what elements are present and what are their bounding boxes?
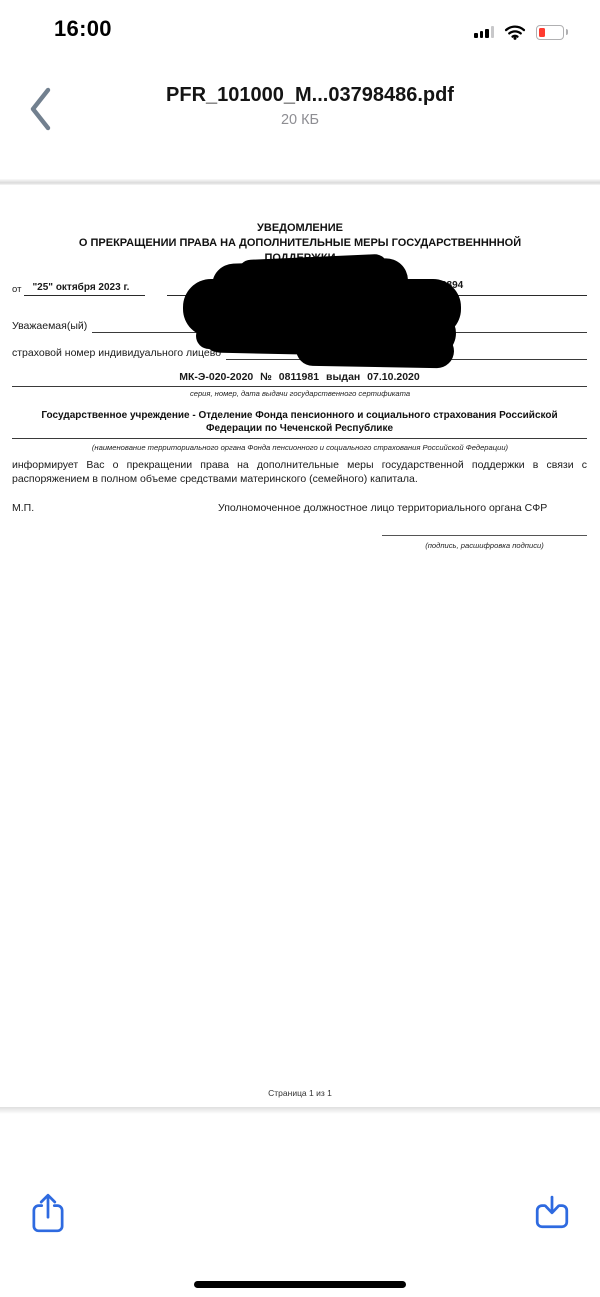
battery-icon bbox=[536, 25, 564, 40]
org-name: Государственное учреждение - Отделение Ф… bbox=[12, 409, 587, 439]
wifi-icon bbox=[504, 24, 526, 40]
from-date-line: от "25" октября 2023 г. bbox=[12, 279, 587, 296]
home-indicator[interactable] bbox=[194, 1281, 406, 1288]
document-title-line1: УВЕДОМЛЕНИЕ bbox=[27, 221, 573, 236]
status-icons bbox=[474, 23, 564, 41]
official-label: Уполномоченное должностное лицо территор… bbox=[218, 502, 547, 514]
back-button[interactable] bbox=[20, 84, 60, 136]
file-title: PFR_101000_M...03798486.pdf bbox=[70, 84, 550, 107]
org-caption: (наименование территориального органа Фо… bbox=[0, 443, 600, 452]
certificate-line: МК-Э-020-2020 № 0811981 выдан 07.10.2020 bbox=[12, 371, 587, 387]
signature-caption: (подпись, расшифровка подписи) bbox=[382, 541, 587, 550]
pdf-page[interactable]: УВЕДОМЛЕНИЕ О ПРЕКРАЩЕНИИ ПРАВА НА ДОПОЛ… bbox=[0, 185, 600, 1114]
document-title: УВЕДОМЛЕНИЕ О ПРЕКРАЩЕНИИ ПРАВА НА ДОПОЛ… bbox=[27, 221, 573, 266]
battery-level-low bbox=[539, 28, 545, 37]
document-number-underline bbox=[167, 295, 587, 296]
org-name-line2: Федерации по Чеченской Республике bbox=[12, 422, 587, 435]
snils-line: страховой номер индивидуального лицево bbox=[12, 344, 587, 360]
stamp-label: М.П. bbox=[12, 502, 34, 514]
document-number-fragment: 6894 bbox=[441, 280, 463, 291]
salutation-label: Уважаемая(ый) bbox=[12, 320, 87, 333]
share-icon bbox=[29, 1191, 67, 1235]
page-bottom-divider bbox=[0, 1107, 600, 1114]
file-size: 20 КБ bbox=[0, 112, 600, 128]
org-name-line1: Государственное учреждение - Отделение Ф… bbox=[12, 409, 587, 422]
cellular-signal-icon bbox=[474, 26, 494, 38]
from-label: от bbox=[12, 284, 24, 296]
snils-label: страховой номер индивидуального лицево bbox=[12, 347, 221, 360]
from-date-value: "25" октября 2023 г. bbox=[24, 282, 145, 296]
status-time: 16:00 bbox=[54, 16, 112, 42]
salutation-line: Уважаемая(ый) bbox=[12, 317, 587, 333]
body-paragraph: информирует Вас о прекращении права на д… bbox=[12, 459, 587, 486]
download-icon bbox=[533, 1193, 571, 1233]
certificate-caption: серия, номер, дата выдачи государственно… bbox=[0, 389, 600, 398]
document-title-line2: О ПРЕКРАЩЕНИИ ПРАВА НА ДОПОЛНИТЕЛЬНЫЕ МЕ… bbox=[27, 236, 573, 251]
signature-line bbox=[382, 535, 587, 536]
document-title-line3: ПОДДЕРЖКИ bbox=[27, 251, 573, 266]
pdf-viewer-screen: 16:00 PFR_101000_M...03798486.pdf 20 КБ … bbox=[0, 0, 600, 1297]
share-button[interactable] bbox=[26, 1190, 70, 1238]
page-indicator: Страница 1 из 1 bbox=[0, 1088, 600, 1098]
download-button[interactable] bbox=[530, 1190, 574, 1238]
